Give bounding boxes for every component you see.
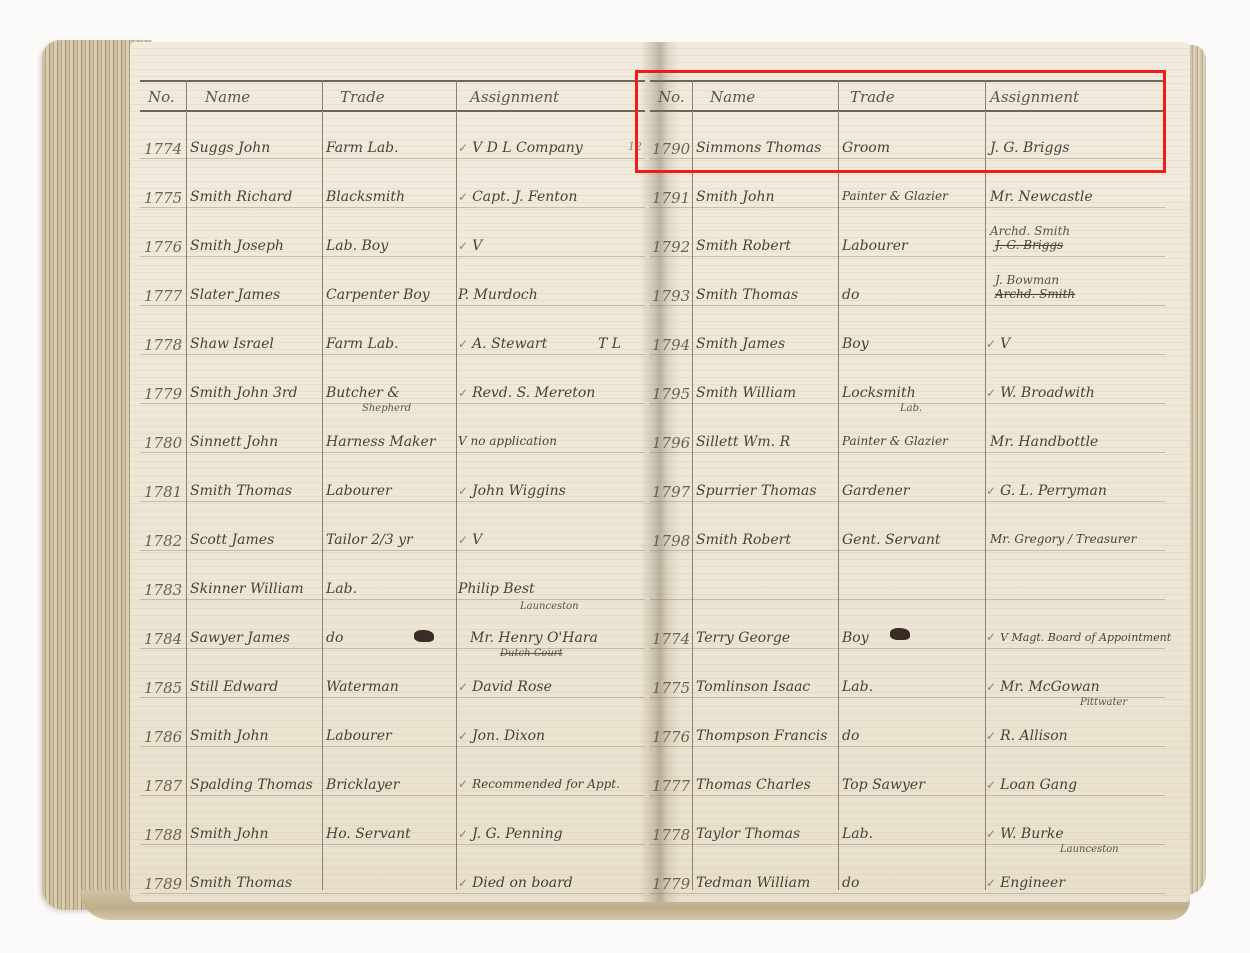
checkmark-icon: ✓ [986,778,996,792]
entry-trade: Ho. Servant [326,826,411,842]
entry-name: Scott James [190,532,274,548]
checkmark-icon: ✓ [458,827,468,841]
entry-trade: Lab. [842,679,873,695]
ledger-row: 1776 Thompson Francis do ✓R. Allison [650,728,1165,776]
ledger-row: 1791 Smith John Painter & Glazier Mr. Ne… [650,189,1165,237]
column-header-name: Name [205,88,250,106]
entry-trade: Harness Maker [326,434,436,450]
ledger-row: 1774 Suggs John Farm Lab. ✓V D L Company [140,140,645,188]
entry-name: Smith Thomas [190,483,292,499]
entry-number: 1782 [144,532,182,550]
ink-blot [414,630,434,642]
entry-name: Tedman William [696,875,810,891]
ledger-row: 1785 Still Edward Waterman ✓David Rose [140,679,645,727]
entry-number: 1794 [652,336,690,354]
ledger-row: 1793 Smith Thomas do J. Bowman Archd. Sm… [650,287,1165,335]
entry-assignment: ✓Jon. Dixon [458,728,545,744]
entry-trade: Top Sawyer [842,777,925,793]
entry-name: Thomas Charles [696,777,811,793]
ledger-row: 1776 Smith Joseph Lab. Boy ✓V [140,238,645,286]
entry-number: 1783 [144,581,182,599]
entry-name: Smith Robert [696,238,791,254]
entry-trade: do [326,630,343,646]
ledger-row: 1788 Smith John Ho. Servant ✓J. G. Penni… [140,826,645,874]
checkmark-icon: ✓ [458,777,468,791]
entry-number: 1784 [144,630,182,648]
entry-name: Still Edward [190,679,278,695]
column-header-assignment: Assignment [470,88,559,106]
assignment-note: Launceston [520,601,579,612]
entry-assignment: Mr. Handbottle [990,434,1098,450]
entry-number: 1787 [144,777,182,795]
ledger-row: 1778 Shaw Israel Farm Lab. ✓A. Stewart T… [140,336,645,384]
ledger-row: 1781 Smith Thomas Labourer ✓John Wiggins [140,483,645,531]
entry-name: Smith Richard [190,189,292,205]
entry-trade: Boy [842,336,869,352]
entry-number: 1777 [652,777,690,795]
entry-assignment: V no application [458,434,557,448]
entry-trade: do [842,287,859,303]
highlight-box-row-1790 [635,70,1166,173]
entry-number: 1780 [144,434,182,452]
entry-trade: Waterman [326,679,399,695]
checkmark-icon: ✓ [986,729,996,743]
entry-trade: Painter & Glazier [842,189,948,203]
entry-assignment: ✓Engineer [986,875,1065,891]
entry-trade: Lab. [326,581,357,597]
entry-assignment: ✓J. G. Penning [458,826,563,842]
ledger-row: 1789 Smith Thomas ✓Died on board [140,875,645,923]
entry-name: Smith Thomas [696,287,798,303]
ledger-row: 1797 Spurrier Thomas Gardener ✓G. L. Per… [650,483,1165,531]
margin-note: T L [598,336,621,352]
checkmark-icon: ✓ [458,337,468,351]
struck-assignment: Dutch Court [500,648,563,659]
entry-trade: Labourer [842,238,908,254]
entry-assignment: P. Murdoch [458,287,538,303]
checkmark-icon: ✓ [458,239,468,253]
entry-trade: Boy [842,630,869,646]
trade-note: Shepherd [362,403,411,414]
checkmark-icon: ✓ [458,729,468,743]
ledger-row: 1777 Thomas Charles Top Sawyer ✓Loan Gan… [650,777,1165,825]
ledger-row: 1775 Tomlinson Isaac Lab. ✓Mr. McGowan P… [650,679,1165,727]
entry-number: 1775 [144,189,182,207]
entry-name: Smith William [696,385,796,401]
ledger-row: 1798 Smith Robert Gent. Servant Mr. Greg… [650,532,1165,580]
left-ledger-table: No. Name Trade Assignment 1774 Suggs Joh… [140,88,645,888]
ledger-row: 1779 Smith John 3rd Butcher & Shepherd ✓… [140,385,645,433]
entry-name: Smith John [190,826,269,842]
entry-number: 1789 [144,875,182,893]
entry-assignment: ✓Loan Gang [986,777,1077,793]
ledger-row: 1778 Taylor Thomas Lab. ✓W. Burke Launce… [650,826,1165,874]
entry-trade: Blacksmith [326,189,405,205]
entry-assignment: ✓W. Broadwith [986,385,1095,401]
entry-name: Shaw Israel [190,336,274,352]
entry-assignment: ✓David Rose [458,679,552,695]
ledger-row: 1792 Smith Robert Labourer Archd. Smith … [650,238,1165,286]
entry-number: 1774 [144,140,182,158]
entry-trade: Gardener [842,483,909,499]
entry-number: 1796 [652,434,690,452]
ledger-row: 1795 Smith William Locksmith Lab. ✓W. Br… [650,385,1165,433]
entry-number: 1779 [652,875,690,893]
entry-assignment: ✓V D L Company [458,140,583,156]
entry-trade: Tailor 2/3 yr [326,532,413,548]
ink-blot [890,628,910,640]
entry-assignment: ✓Capt. J. Fenton [458,189,577,205]
header-top-rule [140,80,645,82]
entry-assignment: ✓Died on board [458,875,573,891]
ledger-row: 1783 Skinner William Lab. Philip Best La… [140,581,645,629]
entry-name: Sinnett John [190,434,278,450]
entry-trade: Carpenter Boy [326,287,430,303]
entry-name: Smith John 3rd [190,385,298,401]
checkmark-icon: ✓ [458,141,468,155]
entry-number: 1788 [144,826,182,844]
column-header-trade: Trade [340,88,385,106]
entry-name: Smith Joseph [190,238,284,254]
entry-name: Tomlinson Isaac [696,679,810,695]
entry-assignment: Mr. Gregory / Treasurer [990,532,1136,546]
entry-number: 1778 [652,826,690,844]
entry-trade: Farm Lab. [326,336,399,352]
entry-trade: Lab. [842,826,873,842]
checkmark-icon: ✓ [986,337,996,351]
entry-name: Skinner William [190,581,304,597]
entry-name: Suggs John [190,140,270,156]
entry-name: Smith Thomas [190,875,292,891]
entry-name: Spurrier Thomas [696,483,816,499]
checkmark-icon: ✓ [458,680,468,694]
entry-trade: do [842,875,859,891]
entry-trade: Farm Lab. [326,140,399,156]
checkmark-icon: ✓ [986,876,996,890]
ledger-row: 1782 Scott James Tailor 2/3 yr ✓V [140,532,645,580]
entry-trade: do [842,728,859,744]
entry-assignment: Archd. Smith [990,224,1070,238]
entry-number: 1793 [652,287,690,305]
entry-assignment: ✓V Magt. Board of Appointment [986,630,1171,644]
entry-assignment: ✓R. Allison [986,728,1068,744]
entry-assignment: ✓G. L. Perryman [986,483,1107,499]
entry-name: Smith James [696,336,785,352]
trade-note: Lab. [900,403,922,414]
entry-number: 1792 [652,238,690,256]
entry-name: Smith John [696,189,775,205]
checkmark-icon: ✓ [986,386,996,400]
entry-assignment: ✓V [458,238,482,254]
struck-assignment: J. G. Briggs [995,238,1063,252]
column-header-no: No. [148,88,175,106]
entry-name: Taylor Thomas [696,826,800,842]
entry-trade: Bricklayer [326,777,400,793]
entry-trade: Labourer [326,483,392,499]
ledger-row: 1796 Sillett Wm. R Painter & Glazier Mr.… [650,434,1165,482]
assignment-note: Launceston [1060,844,1119,855]
entry-number: 1776 [144,238,182,256]
checkmark-icon: ✓ [458,876,468,890]
entry-trade: Butcher & [326,385,400,401]
ledger-row: 1784 Sawyer James do Mr. Henry O'Hara Du… [140,630,645,678]
entry-assignment: ✓Recommended for Appt. [458,777,620,791]
entry-number: 1785 [144,679,182,697]
checkmark-icon: ✓ [458,386,468,400]
entry-name: Thompson Francis [696,728,827,744]
entry-trade: Labourer [326,728,392,744]
entry-number: 1779 [144,385,182,403]
entry-assignment: ✓Revd. S. Mereton [458,385,595,401]
entry-trade: Lab. Boy [326,238,388,254]
right-ledger-table: No. Name Trade Assignment 12 1790 Simmon… [650,88,1165,888]
entry-name: Smith John [190,728,269,744]
entry-number: 1775 [652,679,690,697]
entry-name: Spalding Thomas [190,777,313,793]
entry-assignment: ✓A. Stewart [458,336,547,352]
entry-assignment: ✓John Wiggins [458,483,566,499]
entry-number: 1791 [652,189,690,207]
ledger-row: 1786 Smith John Labourer ✓Jon. Dixon [140,728,645,776]
entry-number: 1795 [652,385,690,403]
ledger-row: 1794 Smith James Boy ✓V [650,336,1165,384]
ledger-row: 1787 Spalding Thomas Bricklayer ✓Recomme… [140,777,645,825]
entry-number: 1786 [144,728,182,746]
ledger-row: 1775 Smith Richard Blacksmith ✓Capt. J. … [140,189,645,237]
entry-number: 1776 [652,728,690,746]
ledger-row: 1779 Tedman William do ✓Engineer [650,875,1165,923]
entry-assignment: ✓Mr. McGowan [986,679,1100,695]
entry-name: Sawyer James [190,630,290,646]
checkmark-icon: ✓ [986,630,996,644]
checkmark-icon: ✓ [986,680,996,694]
entry-number: 1781 [144,483,182,501]
assignment-note: Pittwater [1080,697,1127,708]
entry-number: 1797 [652,483,690,501]
entry-trade: Gent. Servant [842,532,940,548]
ledger-row: 1774 Terry George Boy ✓V Magt. Board of … [650,630,1165,678]
entry-assignment: ✓V [458,532,482,548]
entry-assignment: ✓V [986,336,1010,352]
entry-name: Sillett Wm. R [696,434,790,450]
checkmark-icon: ✓ [458,484,468,498]
entry-name: Slater James [190,287,280,303]
entry-name: Terry George [696,630,790,646]
entry-trade: Painter & Glazier [842,434,948,448]
ledger-row: 1780 Sinnett John Harness Maker V no app… [140,434,645,482]
entry-number: 1774 [652,630,690,648]
entry-assignment: J. Bowman [995,273,1059,287]
entry-number: 1777 [144,287,182,305]
entry-assignment: Mr. Newcastle [990,189,1093,205]
ledger-row: 1777 Slater James Carpenter Boy P. Murdo… [140,287,645,335]
entry-number: 1778 [144,336,182,354]
struck-assignment: Archd. Smith [995,287,1075,301]
entry-assignment: Philip Best [458,581,535,597]
checkmark-icon: ✓ [986,827,996,841]
ledger-row-empty [650,581,1165,629]
entry-assignment: Mr. Henry O'Hara [470,630,598,646]
entry-assignment: ✓W. Burke [986,826,1064,842]
entry-name: Smith Robert [696,532,791,548]
checkmark-icon: ✓ [986,484,996,498]
entry-trade: Locksmith [842,385,916,401]
checkmark-icon: ✓ [458,190,468,204]
entry-number: 1798 [652,532,690,550]
checkmark-icon: ✓ [458,533,468,547]
